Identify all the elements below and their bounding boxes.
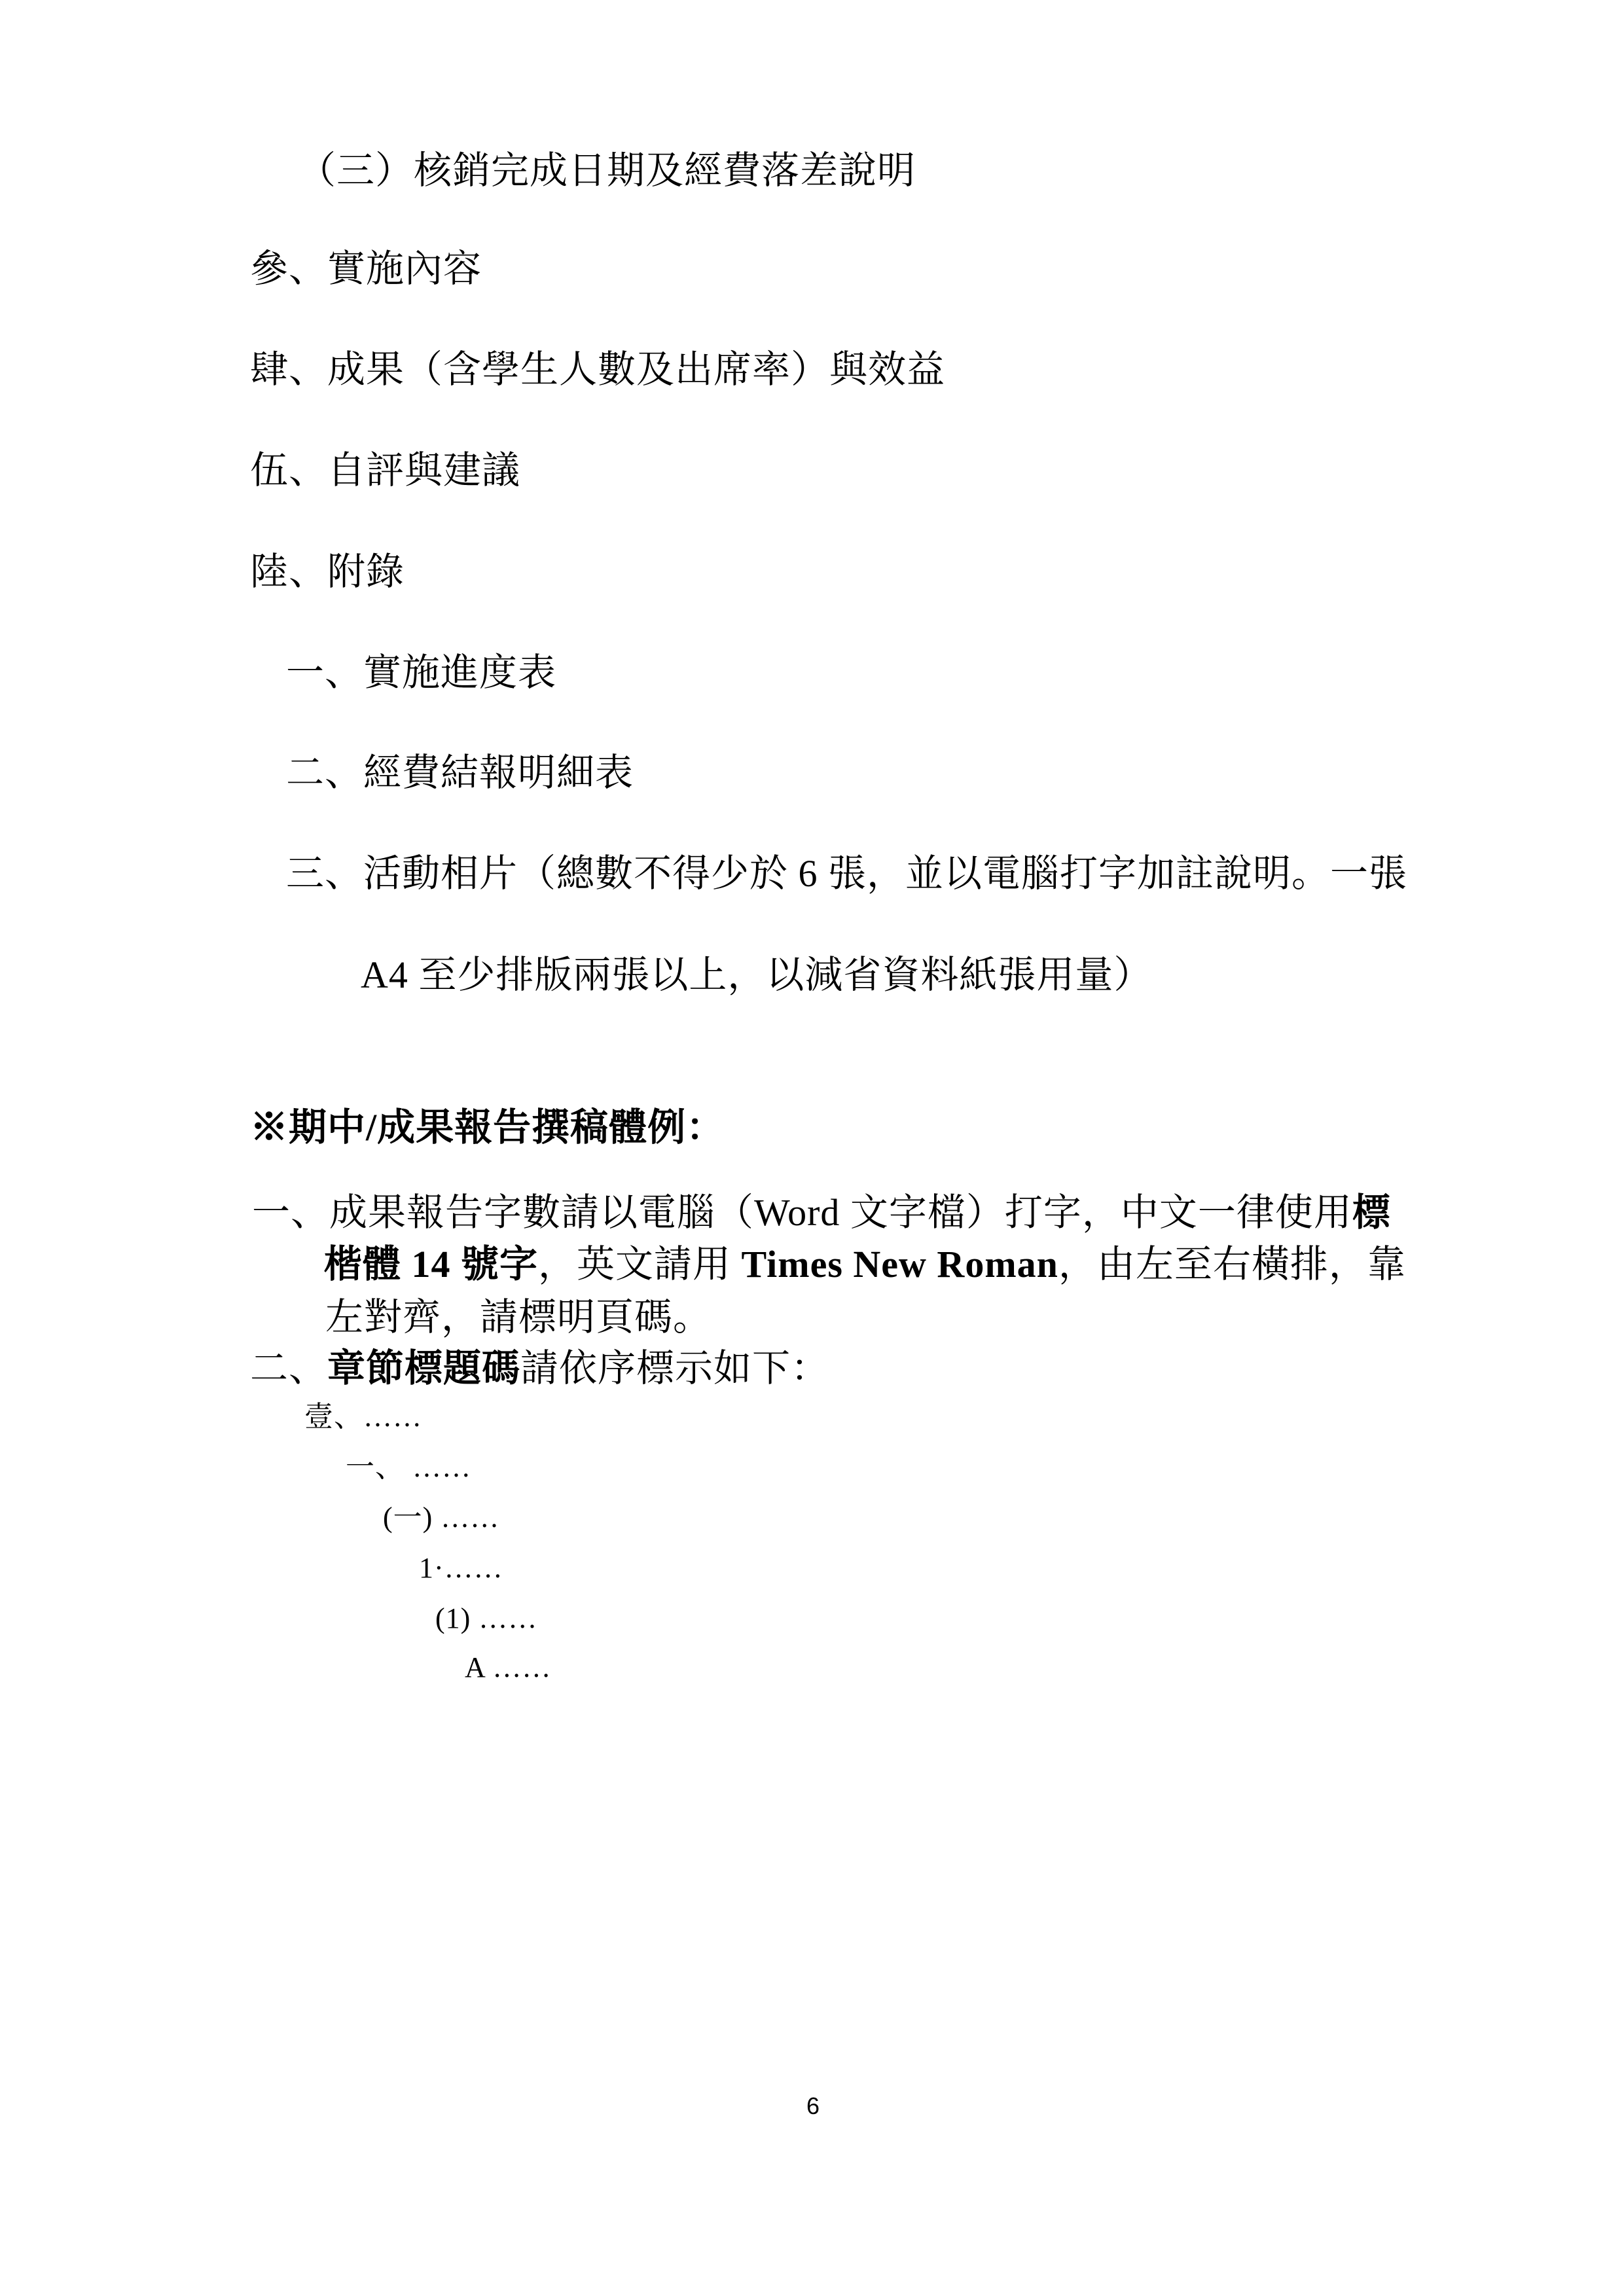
numbering-example-level-6: A …… [465,1651,551,1685]
style-guide-rule1-line1: 一、成果報告字數請以電腦（Word 文字檔）打字，中文一律使用標 [252,1191,1391,1235]
style-guide-rule1-line3: 左對齊，請標明頁碼。 [325,1296,712,1340]
rule1-line1-bold-text: 標 [1352,1191,1391,1234]
rule2-prefix-text: 二、 [250,1347,327,1390]
rule1-line1-normal-text: 一、成果報告字數請以電腦（Word 文字檔）打字，中文一律使用 [252,1191,1352,1234]
appendix-item-3-line1: 三、活動相片（總數不得少於 6 張，並以電腦打字加註說明。一張 [286,852,1407,896]
numbering-example-level-2: 一、 …… [346,1451,471,1484]
style-guide-rule1-line2: 楷體 14 號字，英文請用 Times New Roman，由左至右橫排，靠 [324,1243,1406,1287]
rule1-line2-bold-font-name: 楷體 14 號字 [324,1243,538,1285]
numbering-example-level-5: (1) …… [435,1602,537,1636]
rule1-line2-normal-text-2: ，由左至右橫排，靠 [1058,1243,1406,1285]
appendix-item-2: 二、經費結報明細表 [286,751,634,795]
style-guide-rule2: 二、章節標題碼請依序標示如下： [250,1347,829,1391]
document-page: （三）核銷完成日期及經費落差說明 參、實施內容 肆、成果（含學生人數及出席率）與… [0,0,1624,2296]
numbering-example-level-4: 1·…… [419,1552,503,1585]
outline-item-4: 肆、成果（含學生人數及出席率）與效益 [250,348,945,392]
outline-item-sec3: （三）核銷完成日期及經費落差說明 [298,149,916,193]
numbering-example-level-1: 壹、…… [304,1401,422,1434]
rule2-suffix-text: 請依序標示如下： [520,1347,829,1390]
outline-item-5: 伍、自評與建議 [250,449,520,493]
rule1-line2-normal-text-1: ，英文請用 [538,1243,742,1285]
outline-item-6: 陸、附錄 [250,550,405,594]
appendix-item-1: 一、實施進度表 [286,651,556,695]
outline-item-3: 參、實施內容 [250,247,482,291]
numbering-example-level-3: (一) …… [383,1501,499,1535]
page-number: 6 [806,2094,820,2118]
appendix-item-3-line2: A4 至少排版兩張以上，以減省資料紙張用量） [361,954,1152,997]
rule1-line2-bold-latin-font: Times New Roman [742,1243,1058,1285]
style-guide-heading: ※期中/成果報告撰稿體例： [250,1106,725,1150]
rule2-bold-text: 章節標題碼 [327,1347,520,1390]
